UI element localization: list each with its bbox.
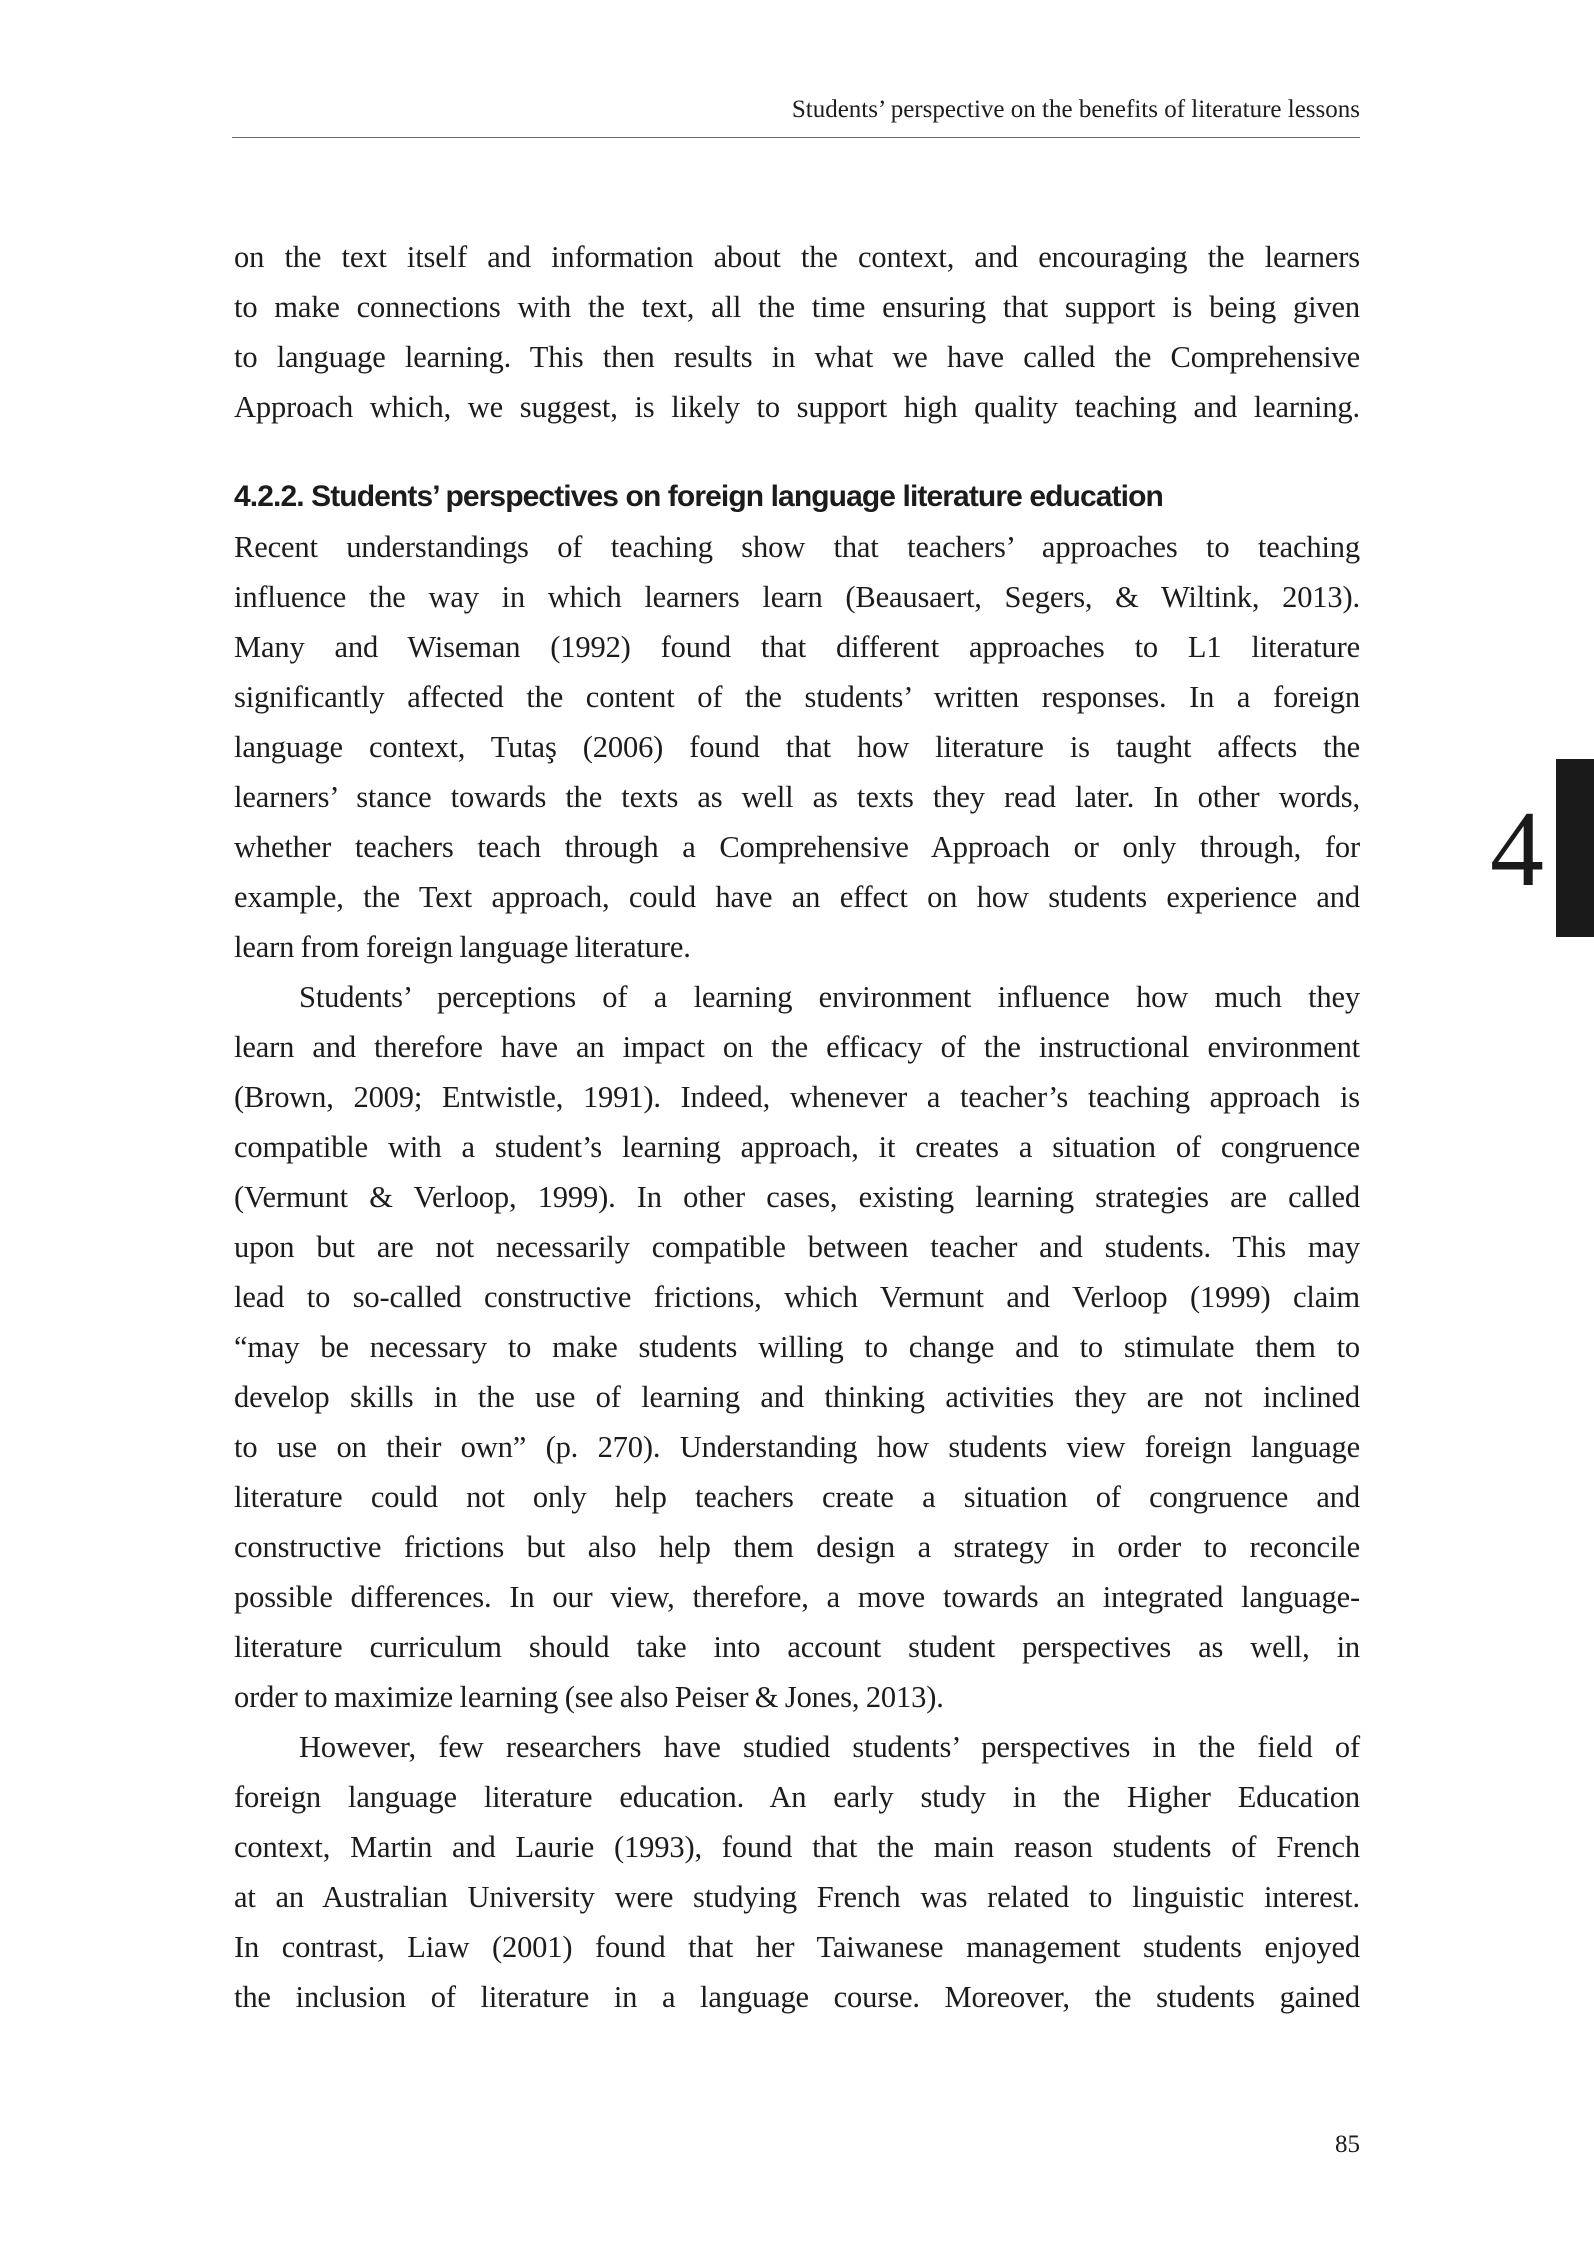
text-line: learn from foreign language literature. bbox=[234, 922, 691, 972]
text-line: compatible with a student’s learning app… bbox=[234, 1122, 1360, 1172]
text-line: on the text itself and information about… bbox=[234, 232, 1360, 282]
text-line: Many and Wiseman (1992) found that diffe… bbox=[234, 622, 1360, 672]
header-rule bbox=[232, 137, 1360, 138]
text-line: to make connections with the text, all t… bbox=[234, 282, 1360, 332]
text-line: Students’ perceptions of a learning envi… bbox=[299, 972, 1360, 1022]
text-line: (Vermunt & Verloop, 1999). In other case… bbox=[234, 1172, 1360, 1222]
text-line: develop skills in the use of learning an… bbox=[234, 1372, 1360, 1422]
text-line: whether teachers teach through a Compreh… bbox=[234, 822, 1360, 872]
running-header: Students’ perspective on the benefits of… bbox=[234, 92, 1360, 128]
text-line: significantly affected the content of th… bbox=[234, 672, 1360, 722]
text-line: However, few researchers have studied st… bbox=[299, 1722, 1360, 1772]
text-line: upon but are not necessarily compatible … bbox=[234, 1222, 1360, 1272]
text-line: literature curriculum should take into a… bbox=[234, 1622, 1360, 1672]
text-line: order to maximize learning (see also Pei… bbox=[234, 1672, 944, 1722]
text-line: learn and therefore have an impact on th… bbox=[234, 1022, 1360, 1072]
text-line: possible differences. In our view, there… bbox=[234, 1572, 1360, 1622]
chapter-thumb-tab bbox=[1556, 759, 1594, 937]
page-number: 85 bbox=[1300, 2128, 1360, 2162]
text-line: learners’ stance towards the texts as we… bbox=[234, 772, 1360, 822]
text-line: foreign language literature education. A… bbox=[234, 1772, 1360, 1822]
text-line: (Brown, 2009; Entwistle, 1991). Indeed, … bbox=[234, 1072, 1360, 1122]
text-line: to use on their own” (p. 270). Understan… bbox=[234, 1422, 1360, 1472]
text-line: “may be necessary to make students willi… bbox=[234, 1322, 1360, 1372]
text-line: In contrast, Liaw (2001) found that her … bbox=[234, 1922, 1360, 1972]
text-line: influence the way in which learners lear… bbox=[234, 572, 1360, 622]
text-line: language context, Tutaş (2006) found tha… bbox=[234, 722, 1360, 772]
section-heading: 4.2.2. Students’ perspectives on foreign… bbox=[234, 474, 1163, 520]
chapter-number: 4 bbox=[1484, 800, 1550, 900]
text-line: constructive frictions but also help the… bbox=[234, 1522, 1360, 1572]
text-line: to language learning. This then results … bbox=[234, 332, 1360, 382]
text-line: lead to so-called constructive frictions… bbox=[234, 1272, 1360, 1322]
text-line: literature could not only help teachers … bbox=[234, 1472, 1360, 1522]
text-line: context, Martin and Laurie (1993), found… bbox=[234, 1822, 1360, 1872]
text-line: Recent understandings of teaching show t… bbox=[234, 522, 1360, 572]
text-line: at an Australian University were studyin… bbox=[234, 1872, 1360, 1922]
text-line: example, the Text approach, could have a… bbox=[234, 872, 1360, 922]
text-line: the inclusion of literature in a languag… bbox=[234, 1972, 1360, 2022]
text-line: Approach which, we suggest, is likely to… bbox=[234, 382, 1360, 432]
